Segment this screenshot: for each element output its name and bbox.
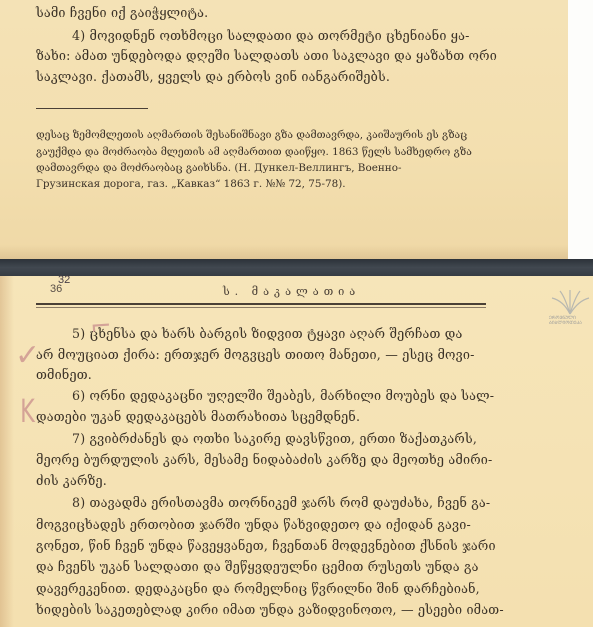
running-head: ს. მაკალათია [223, 285, 360, 298]
page-separator-bar [0, 259, 593, 276]
body-line: ძის კარზე. [36, 475, 107, 488]
body-line: არ მოუციათ ქირა: ერთჯერ მოგვცეს თითო მან… [36, 349, 475, 362]
footnote-line: დამთავრდა და მოძრაობაც გაიხსნა. (Н. Дунк… [36, 163, 401, 173]
body-line: 5) ცხენსა და ხარს ბარგის ზიდვით ტყავი აღ… [72, 328, 463, 341]
body-line: 4) მოვიდნენ ოთხმოცი სალდათი და თორმეტი ც… [72, 30, 470, 43]
body-line: მოგვიცხადეს ერთობით ჯარში უნდა წახვიდეთო… [36, 519, 471, 532]
library-logo-text: ᲔᲠᲝᲕᲜᲣᲚᲘ ᲑᲘᲑᲚᲘᲝᲗᲔᲙᲐ [549, 316, 582, 326]
header-rule-thin [36, 307, 486, 308]
body-line: 7) გვიბრძანეს და ოთხი საკირე დავსწვით, ე… [72, 433, 477, 446]
footnote-line: Грузинская дорога, газ. „Кавказ“ 1863 г.… [36, 179, 346, 189]
body-line: ხიდების საკეთებლად კირი იმათ უნდა ვაზიდვ… [36, 604, 504, 617]
scan-white-margin [568, 0, 593, 259]
body-line: სამი ჩვენი იქ გაიჭყლიტა. [36, 7, 208, 20]
body-line: გონეთ, წინ ჩვენ უნდა წავეყვანეთ, ჩვენთან… [36, 540, 496, 553]
body-line: ზახი: ამათ უნდებოდა დღეში სალდათს ათი სა… [36, 50, 497, 63]
body-line: თმინეთ. [36, 369, 92, 382]
body-line: საკლავი. ქათამს, ყველს და ერბოს ვინ იანგ… [36, 71, 390, 84]
footnote-line: გაუქმდა და მოძრაობა მლეთის ამ აღმართით დ… [36, 147, 472, 157]
margin-pencil-mark: K [20, 392, 35, 430]
body-line: დავერეკენით. დედაკაცნი და რომელნიც წვრილ… [36, 583, 480, 596]
body-line: მეორე ბურდულის კარს, მესამე ნიდაბაძის კა… [36, 454, 493, 467]
body-line: 6) ორნი დედაკაცნი უღელში შეაბეს, მარხილი… [72, 390, 494, 403]
body-line: და ჩვენს უკან სალდათი და შეწყვდეულნი ცემ… [36, 561, 479, 574]
top-page-scan: სამი ჩვენი იქ გაიჭყლიტა. 4) მოვიდნენ ოთხ… [0, 0, 568, 259]
header-rule [36, 303, 486, 305]
body-line: დათები უკან დედაკაცებს მათრახითა სცემდნე… [36, 411, 360, 424]
page-number-handwritten: 32 [58, 274, 70, 286]
body-line: 8) თავადმა ერისთავმა თორნიკემ ჯარს რომ დ… [72, 497, 490, 510]
footnote-rule [36, 108, 148, 109]
footnote-line: დესაც ზემომლეთის აღმართის შესანიშნავი გზ… [36, 130, 467, 140]
